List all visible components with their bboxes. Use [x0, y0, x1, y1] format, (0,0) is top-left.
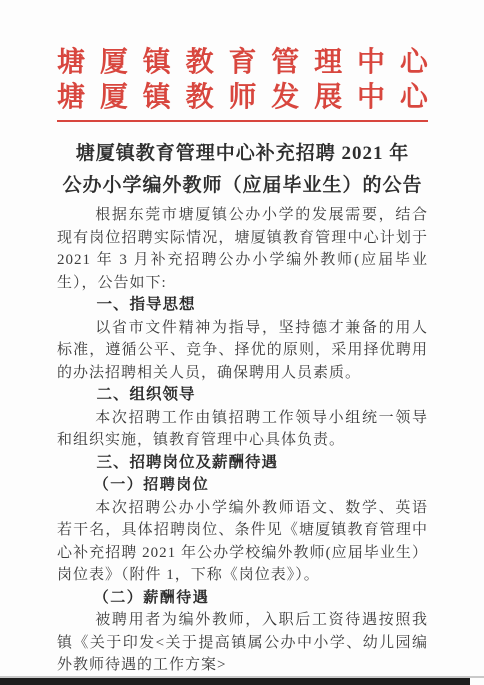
subsection-paragraph-salary: 被聘用者为编外教师，入职后工资待遇按照我镇《关于印发<关于提高镇属公办中小学、幼… [57, 609, 428, 677]
letterhead: 塘厦镇教育管理中心 塘厦镇教师发展中心 [57, 45, 428, 122]
document-title-line-1: 塘厦镇教育管理中心补充招聘 2021 年 [57, 138, 428, 170]
letterhead-line-1: 塘厦镇教育管理中心 [57, 45, 428, 80]
document-page: 塘厦镇教育管理中心 塘厦镇教师发展中心 塘厦镇教育管理中心补充招聘 2021 年… [0, 0, 484, 685]
document-title-line-2: 公办小学编外教师（应届毕业生）的公告 [57, 170, 428, 202]
letterhead-divider [57, 120, 428, 122]
scan-edge-dark [0, 678, 470, 685]
section-heading-guiding-principles: 一、指导思想 [57, 294, 428, 317]
document-title: 塘厦镇教育管理中心补充招聘 2021 年 公办小学编外教师（应届毕业生）的公告 [57, 138, 428, 202]
section-heading-positions-salary: 三、招聘岗位及薪酬待遇 [57, 452, 428, 475]
intro-paragraph: 根据东莞市塘厦镇公办小学的发展需要，结合现有岗位招聘实际情况，塘厦镇教育管理中心… [57, 204, 428, 294]
section-paragraph-guiding-principles: 以省市文件精神为指导，坚持德才兼备的用人标准，遵循公平、竞争、择优的原则，采用择… [57, 317, 428, 385]
document-body: 根据东莞市塘厦镇公办小学的发展需要，结合现有岗位招聘实际情况，塘厦镇教育管理中心… [57, 204, 428, 677]
section-paragraph-organization: 本次招聘工作由镇招聘工作领导小组统一领导和组织实施，镇教育管理中心具体负责。 [57, 407, 428, 452]
subsection-paragraph-positions: 本次招聘公办小学编外教师语文、数学、英语若干名，具体招聘岗位、条件见《塘厦镇教育… [57, 497, 428, 587]
letterhead-line-2: 塘厦镇教师发展中心 [57, 80, 428, 115]
subsection-heading-salary: （二）薪酬待遇 [57, 587, 428, 610]
subsection-heading-positions: （一）招聘岗位 [57, 474, 428, 497]
section-heading-organization: 二、组织领导 [57, 384, 428, 407]
